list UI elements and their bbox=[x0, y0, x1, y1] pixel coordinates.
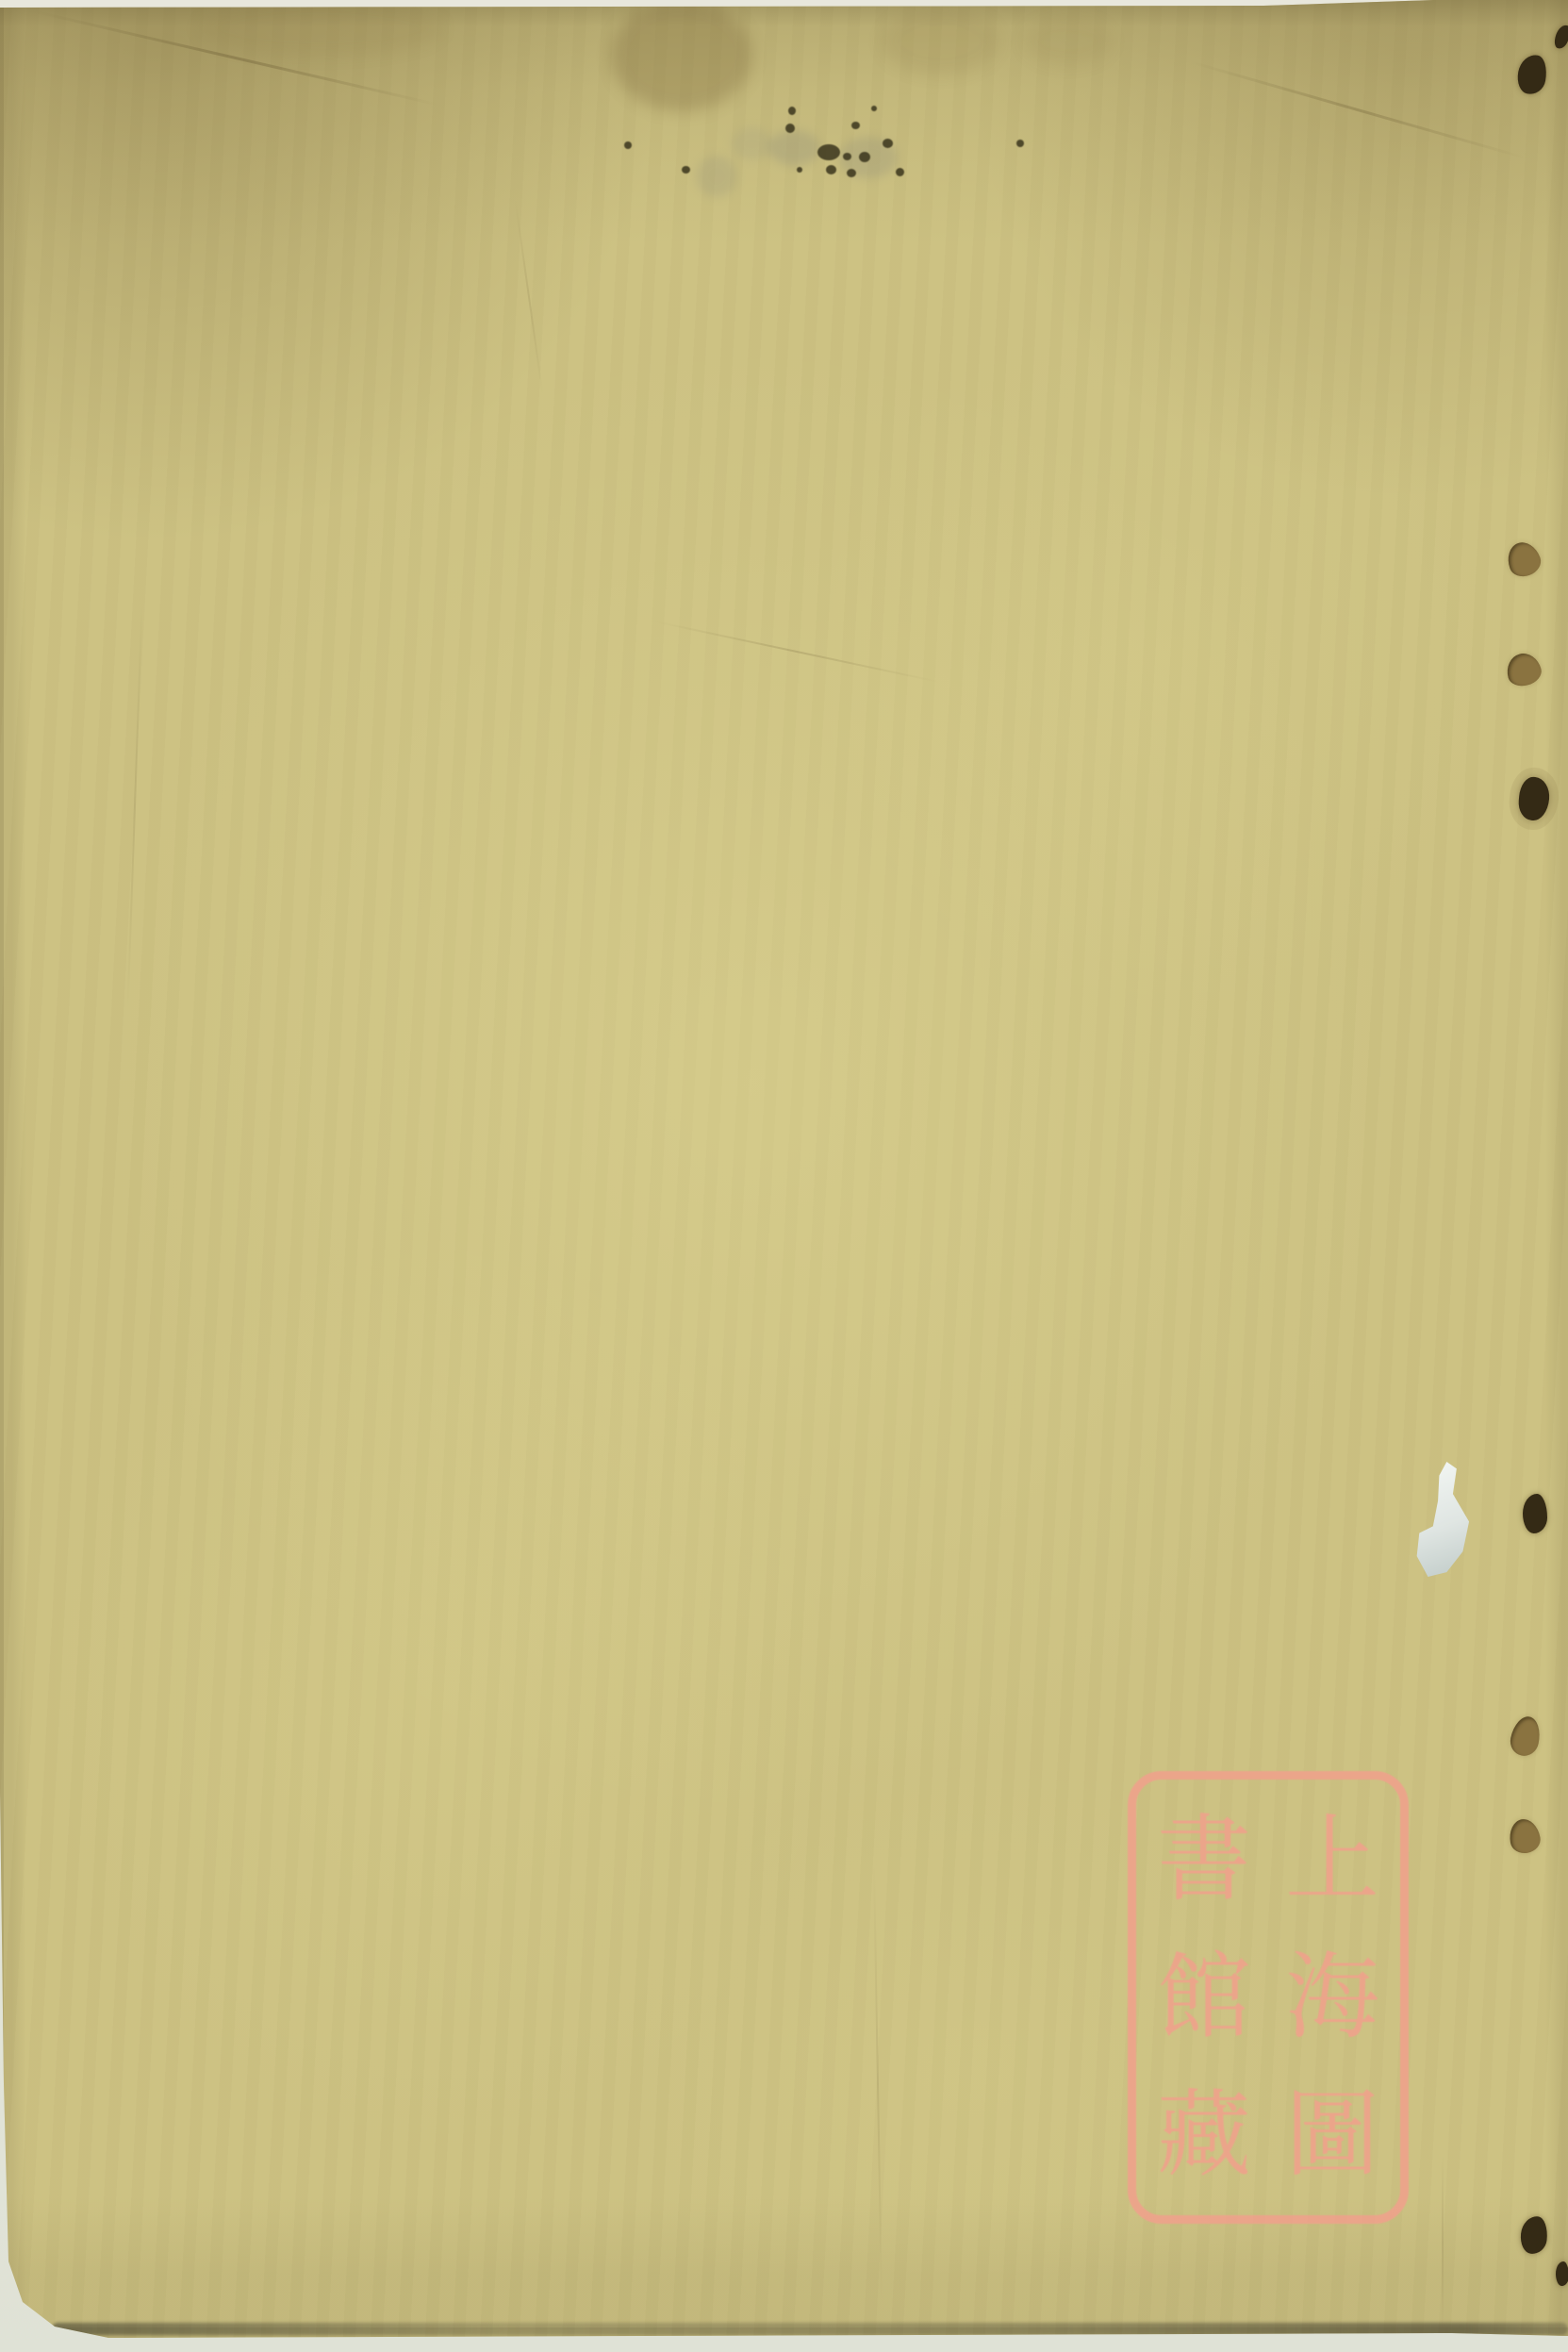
paper-stain bbox=[611, 0, 752, 111]
paper-stain bbox=[198, 0, 443, 57]
ink-speck bbox=[859, 152, 870, 162]
seal-character: 藏 bbox=[1157, 2070, 1251, 2200]
binding-hole bbox=[1503, 650, 1544, 689]
ink-speck bbox=[847, 169, 856, 177]
page-bottom-edge-shadow bbox=[52, 2323, 1568, 2335]
binding-hole bbox=[1519, 2215, 1549, 2256]
ink-speck bbox=[1016, 140, 1024, 147]
smudge-mark bbox=[696, 156, 737, 197]
paper-stain bbox=[1023, 17, 1113, 66]
ink-speck bbox=[826, 165, 836, 174]
seal-column-right: 上 海 圖 bbox=[1285, 1795, 1379, 2200]
binding-hole bbox=[1517, 776, 1551, 822]
seal-character: 書 bbox=[1157, 1795, 1251, 1925]
binding-hole bbox=[1552, 23, 1568, 50]
seal-character: 海 bbox=[1285, 1932, 1379, 2062]
seal-columns: 上 海 圖 書 館 藏 bbox=[1136, 1780, 1400, 2215]
seal-column-left: 書 館 藏 bbox=[1157, 1795, 1251, 2200]
seal-character: 館 bbox=[1157, 1932, 1251, 2062]
binding-hole bbox=[1556, 2261, 1568, 2286]
paper-sheet: 上 海 圖 書 館 藏 bbox=[0, 0, 1568, 2352]
binding-hole bbox=[1507, 1816, 1543, 1855]
smudge-mark bbox=[731, 127, 773, 160]
seal-character: 圖 bbox=[1285, 2070, 1379, 2200]
ink-speck bbox=[883, 139, 893, 148]
library-collection-seal: 上 海 圖 書 館 藏 bbox=[1128, 1771, 1409, 2224]
paper-stain bbox=[882, 8, 999, 75]
smudge-mark bbox=[768, 130, 820, 166]
ink-speck bbox=[624, 141, 632, 149]
ink-speck bbox=[788, 107, 796, 115]
ink-speck bbox=[682, 166, 690, 174]
binding-hole bbox=[1508, 1714, 1543, 1758]
ink-speck bbox=[851, 122, 860, 129]
ink-speck bbox=[797, 167, 802, 173]
book-page-scan: 上 海 圖 書 館 藏 bbox=[0, 0, 1568, 2352]
binding-hole bbox=[1523, 1494, 1547, 1533]
seal-character: 上 bbox=[1285, 1795, 1379, 1925]
binding-hole bbox=[1515, 53, 1550, 97]
ink-speck bbox=[896, 168, 904, 176]
ink-speck bbox=[817, 144, 840, 160]
ink-speck bbox=[843, 153, 851, 160]
ink-speck bbox=[871, 106, 877, 111]
ink-speck bbox=[785, 124, 795, 133]
binding-hole bbox=[1503, 538, 1544, 580]
